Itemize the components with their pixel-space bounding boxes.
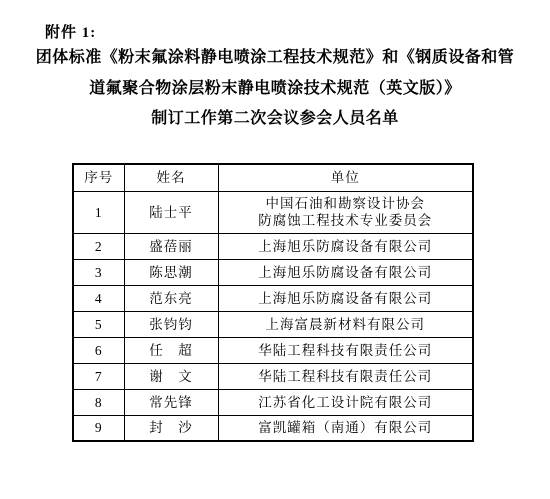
- org-cell: 富凯罐箱（南通）有限公司: [218, 415, 473, 441]
- document-title-line-3: 制订工作第二次会议参会人员名单: [0, 104, 550, 135]
- table-row: 9 封 沙 富凯罐箱（南通）有限公司: [73, 415, 473, 441]
- document-title: 团体标准《粉末氟涂料静电喷涂工程技术规范》和《钢质设备和管 道氟聚合物涂层粉末静…: [0, 43, 550, 135]
- name-cell: 陆士平: [124, 191, 218, 233]
- serial-cell: 9: [73, 415, 124, 441]
- table-header-row: 序号 姓名 单位: [73, 164, 473, 191]
- serial-cell: 5: [73, 311, 124, 337]
- org-cell: 上海旭乐防腐设备有限公司: [218, 285, 473, 311]
- document-title-line-1: 团体标准《粉末氟涂料静电喷涂工程技术规范》和《钢质设备和管: [0, 43, 550, 74]
- table-row: 3 陈思潮 上海旭乐防腐设备有限公司: [73, 259, 473, 285]
- org-cell: 江苏省化工设计院有限公司: [218, 389, 473, 415]
- table-row: 8 常先锋 江苏省化工设计院有限公司: [73, 389, 473, 415]
- org-cell: 华陆工程科技有限责任公司: [218, 337, 473, 363]
- participants-table: 序号 姓名 单位 1 陆士平 中国石油和勘察设计协会 防腐蚀工程技术专业委员会 …: [72, 163, 474, 442]
- org-cell: 华陆工程科技有限责任公司: [218, 363, 473, 389]
- table-row: 2 盛蓓丽 上海旭乐防腐设备有限公司: [73, 233, 473, 259]
- column-header-no: 序号: [73, 164, 124, 191]
- serial-cell: 3: [73, 259, 124, 285]
- name-cell: 张钧钧: [124, 311, 218, 337]
- table-row: 1 陆士平 中国石油和勘察设计协会 防腐蚀工程技术专业委员会: [73, 191, 473, 233]
- column-header-org: 单位: [218, 164, 473, 191]
- serial-cell: 6: [73, 337, 124, 363]
- table-row: 4 范东亮 上海旭乐防腐设备有限公司: [73, 285, 473, 311]
- document-title-line-2: 道氟聚合物涂层粉末静电喷涂技术规范（英文版）》: [0, 74, 550, 105]
- org-line: 防腐蚀工程技术专业委员会: [219, 212, 473, 229]
- table-row: 5 张钧钧 上海富晨新材料有限公司: [73, 311, 473, 337]
- org-cell: 上海富晨新材料有限公司: [218, 311, 473, 337]
- org-cell: 中国石油和勘察设计协会 防腐蚀工程技术专业委员会: [218, 191, 473, 233]
- document-page: 附件 1: 团体标准《粉末氟涂料静电喷涂工程技术规范》和《钢质设备和管 道氟聚合…: [0, 0, 550, 499]
- column-header-name: 姓名: [124, 164, 218, 191]
- name-cell: 盛蓓丽: [124, 233, 218, 259]
- name-cell: 谢 文: [124, 363, 218, 389]
- serial-cell: 8: [73, 389, 124, 415]
- name-cell: 范东亮: [124, 285, 218, 311]
- name-cell: 陈思潮: [124, 259, 218, 285]
- attachment-label: 附件 1:: [45, 21, 96, 42]
- serial-cell: 1: [73, 191, 124, 233]
- name-cell: 常先锋: [124, 389, 218, 415]
- serial-cell: 2: [73, 233, 124, 259]
- org-cell: 上海旭乐防腐设备有限公司: [218, 259, 473, 285]
- name-cell: 封 沙: [124, 415, 218, 441]
- org-line: 中国石油和勘察设计协会: [219, 195, 473, 212]
- table-row: 6 任 超 华陆工程科技有限责任公司: [73, 337, 473, 363]
- name-cell: 任 超: [124, 337, 218, 363]
- org-cell: 上海旭乐防腐设备有限公司: [218, 233, 473, 259]
- serial-cell: 4: [73, 285, 124, 311]
- table-row: 7 谢 文 华陆工程科技有限责任公司: [73, 363, 473, 389]
- serial-cell: 7: [73, 363, 124, 389]
